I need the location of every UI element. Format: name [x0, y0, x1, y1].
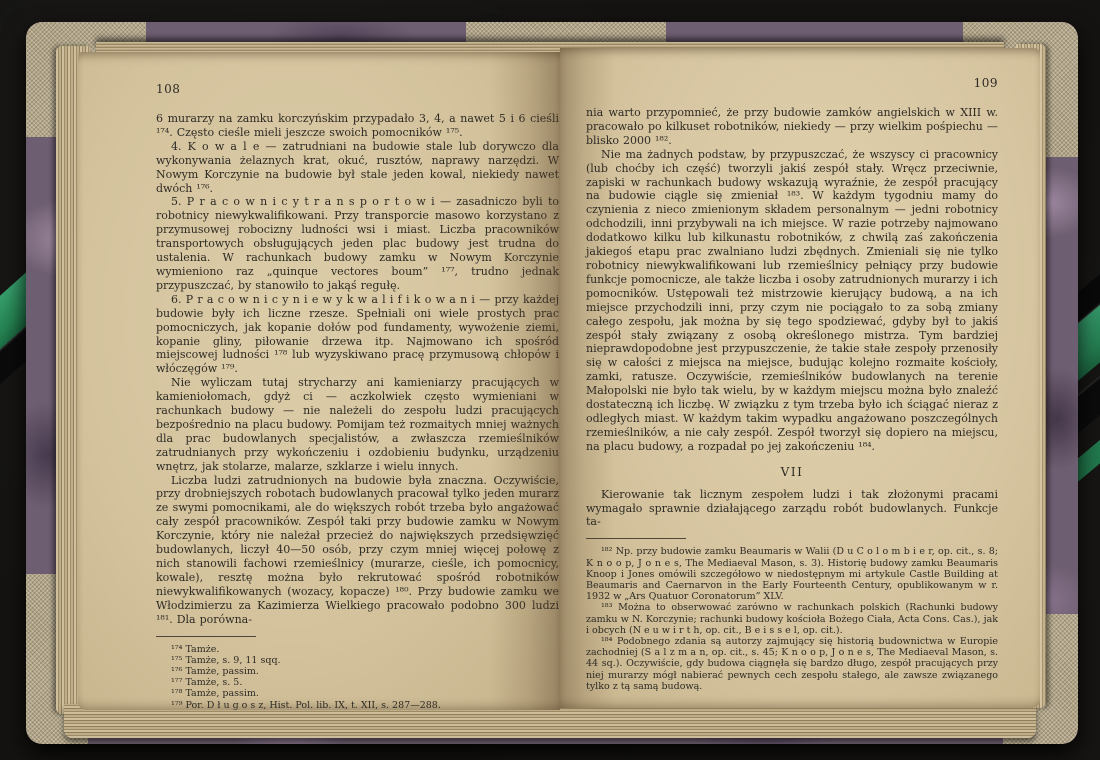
left-page: 108 6 murarzy na zamku korczyńskim przyp…: [78, 52, 560, 710]
paragraph: nia warto przypomnieć, że przy budowie z…: [586, 106, 998, 148]
paragraph: 6 murarzy na zamku korczyńskim przypadał…: [156, 112, 559, 140]
right-page-text-block: 109 nia warto przypomnieć, że przy budow…: [586, 76, 998, 692]
footnote: ¹⁸² Np. przy budowie zamku Beaumaris w W…: [586, 546, 998, 602]
paragraph: Nie wyliczam tutaj strycharzy ani kamien…: [156, 376, 559, 473]
photographed-book-spread: { "colors": { "background": "#141311", "…: [0, 0, 1100, 760]
footnote: ¹⁷⁴ Tamże.: [156, 644, 559, 655]
page-number: 109: [586, 76, 998, 90]
right-page: 109 nia warto przypomnieć, że przy budow…: [560, 48, 1040, 708]
footnote: ¹⁷⁷ Tamże, s. 5.: [156, 677, 559, 688]
paragraph: 4. K o w a l e — zatrudniani na budowie …: [156, 140, 559, 196]
paragraph: Nie ma żadnych podstaw, by przypuszczać,…: [586, 148, 998, 454]
footnote-separator: [156, 636, 256, 637]
paragraph: 5. P r a c o w n i c y t r a n s p o r t…: [156, 195, 559, 292]
footnote: ¹⁷⁸ Tamże, passim.: [156, 688, 559, 699]
paragraph: 6. P r a c o w n i c y n i e w y k w a l…: [156, 293, 559, 376]
section-heading: VII: [586, 465, 998, 479]
footnote: ¹⁷⁵ Tamże, s. 9, 11 sqq.: [156, 655, 559, 666]
footnote: ¹⁷⁶ Tamże, passim.: [156, 666, 559, 677]
footnote: ¹⁸⁴ Podobnego zdania są autorzy zajmując…: [586, 636, 998, 692]
footnote: ¹⁷⁹ Por. D ł u g o s z, Hist. Pol. lib. …: [156, 700, 559, 710]
paragraph: Liczba ludzi zatrudnionych na budowie by…: [156, 474, 559, 627]
paragraph: Kierowanie tak licznym zespołem ludzi i …: [586, 488, 998, 530]
footnote-separator: [586, 538, 686, 539]
page-number: 108: [156, 82, 559, 96]
footnote: ¹⁸³ Można to obserwować zarówno w rachun…: [586, 602, 998, 636]
left-page-text-block: 108 6 murarzy na zamku korczyńskim przyp…: [156, 82, 559, 710]
